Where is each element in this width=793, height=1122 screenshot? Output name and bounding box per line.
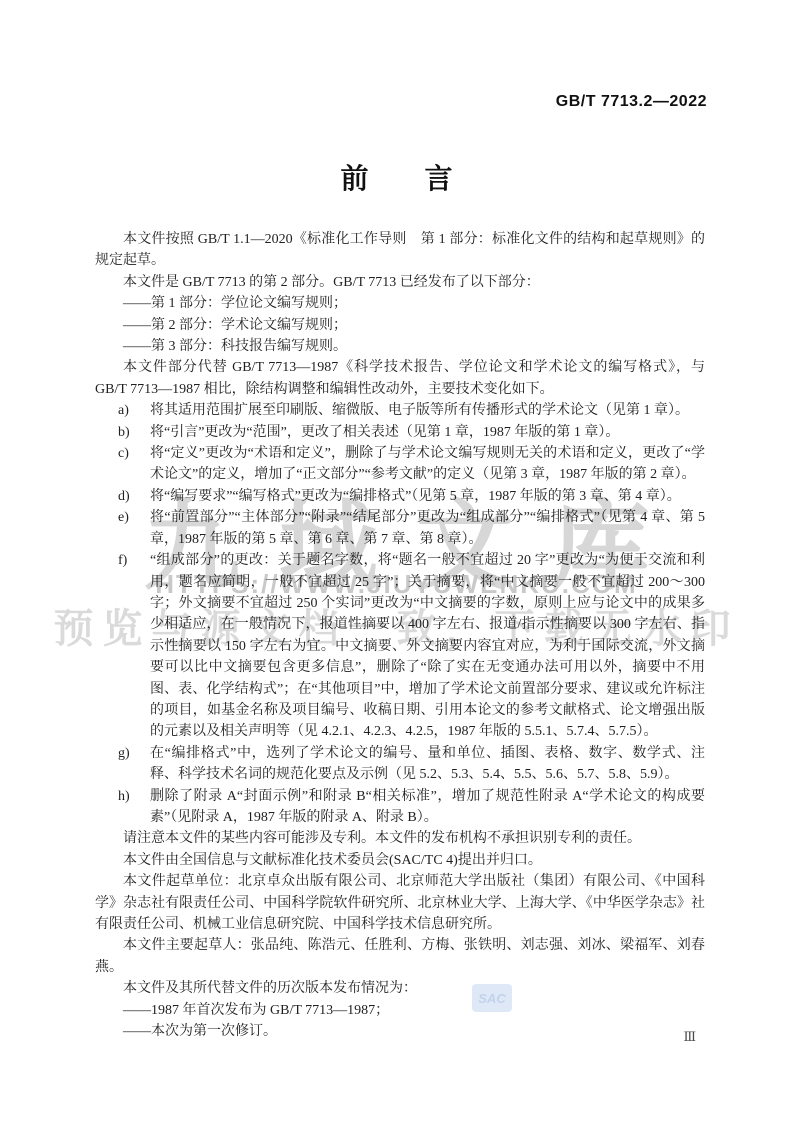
change-item-label: f) <box>118 550 127 571</box>
change-item-b: b) 将“引言”更改为“范围”，更改了相关表述（见第 1 章，1987 年版的第… <box>95 422 705 443</box>
page-number: Ⅲ <box>683 1029 696 1045</box>
standard-code-header: GB/T 7713.2—2022 <box>556 93 707 111</box>
document-page: 九域文库 HTTPS://WWW.JIUYUWENKU.COM 预览与源文档一致… <box>0 0 793 1122</box>
change-item-label: g) <box>118 743 130 764</box>
change-item-text: 将“前置部分”“主体部分”“附录”“结尾部分”更改为“组成部分”“编排格式”（见… <box>150 510 705 546</box>
change-item-text: 将“定义”更改为“术语和定义”，删除了与学术论文编写规则无关的术语和定义，更改了… <box>150 446 705 482</box>
series-part-item: ——第 3 部分：科技报告编写规则。 <box>95 336 705 357</box>
change-item-text: 在“编排格式”中，选列了学术论文的编号、量和单位、插图、表格、数字、数学式、注释… <box>150 746 705 782</box>
change-item-d: d) 将“编写要求”“编写格式”更改为“编排格式”（见第 5 章，1987 年版… <box>95 486 705 507</box>
change-item-label: h) <box>118 786 130 807</box>
paragraph-patent-notice: 请注意本文件的某些内容可能涉及专利。本文件的发布机构不承担识别专利的责任。 <box>95 828 705 849</box>
change-item-text: 将其适用范围扩展至印刷版、缩微版、电子版等所有传播形式的学术论文（见第 1 章）… <box>150 403 689 418</box>
paragraph-drafters: 本文件主要起草人：张品纯、陈浩元、任胜利、方梅、张铁明、刘志强、刘冰、梁福军、刘… <box>95 935 705 978</box>
change-item-label: d) <box>118 486 130 507</box>
page-title: 前 言 <box>0 157 793 197</box>
change-item-h: h) 删除了附录 A“封面示例”和附录 B“相关标准”，增加了规范性附录 A“学… <box>95 786 705 829</box>
change-item-c: c) 将“定义”更改为“术语和定义”，删除了与学术论文编写规则无关的术语和定义，… <box>95 443 705 486</box>
change-item-text: 删除了附录 A“封面示例”和附录 B“相关标准”，增加了规范性附录 A“学术论文… <box>150 789 705 825</box>
change-item-a: a) 将其适用范围扩展至印刷版、缩微版、电子版等所有传播形式的学术论文（见第 1… <box>95 400 705 421</box>
change-item-e: e) 将“前置部分”“主体部分”“附录”“结尾部分”更改为“组成部分”“编排格式… <box>95 507 705 550</box>
history-item: ——1987 年首次发布为 GB/T 7713—1987； <box>95 1000 705 1021</box>
change-item-label: a) <box>118 400 129 421</box>
change-item-text: 将“编写要求”“编写格式”更改为“编排格式”（见第 5 章，1987 年版的第 … <box>150 489 681 504</box>
paragraph-series-intro: 本文件是 GB/T 7713 的第 2 部分。GB/T 7713 已经发布了以下… <box>95 272 705 293</box>
foreword-content: 本文件按照 GB/T 1.1—2020《标准化工作导则 第 1 部分：标准化文件… <box>95 229 705 1042</box>
change-item-text: 将“引言”更改为“范围”，更改了相关表述（见第 1 章，1987 年版的第 1 … <box>150 425 619 440</box>
paragraph-committee: 本文件由全国信息与文献标准化技术委员会(SAC/TC 4)提出并归口。 <box>95 850 705 871</box>
change-item-label: e) <box>118 507 129 528</box>
technical-changes-list: a) 将其适用范围扩展至印刷版、缩微版、电子版等所有传播形式的学术论文（见第 1… <box>95 400 705 828</box>
change-item-text: “组成部分”的更改：关于题名字数，将“题名一般不宜超过 20 字”更改为“为便于… <box>150 553 705 739</box>
change-item-f: f) “组成部分”的更改：关于题名字数，将“题名一般不宜超过 20 字”更改为“… <box>95 550 705 743</box>
paragraph-history-intro: 本文件及其所代替文件的历次版本发布情况为： <box>95 978 705 999</box>
change-item-label: b) <box>118 422 130 443</box>
series-part-item: ——第 2 部分：学术论文编写规则； <box>95 315 705 336</box>
series-part-item: ——第 1 部分：学位论文编写规则； <box>95 293 705 314</box>
paragraph-replacement: 本文件部分代替 GB/T 7713—1987《科学技术报告、学位论文和学术论文的… <box>95 357 705 400</box>
history-item: ——本次为第一次修订。 <box>95 1021 705 1042</box>
paragraph-basis: 本文件按照 GB/T 1.1—2020《标准化工作导则 第 1 部分：标准化文件… <box>95 229 705 272</box>
paragraph-drafting-orgs: 本文件起草单位：北京卓众出版有限公司、北京师范大学出版社（集团）有限公司、《中国… <box>95 871 705 935</box>
change-item-g: g) 在“编排格式”中，选列了学术论文的编号、量和单位、插图、表格、数字、数学式… <box>95 743 705 786</box>
change-item-label: c) <box>118 443 129 464</box>
